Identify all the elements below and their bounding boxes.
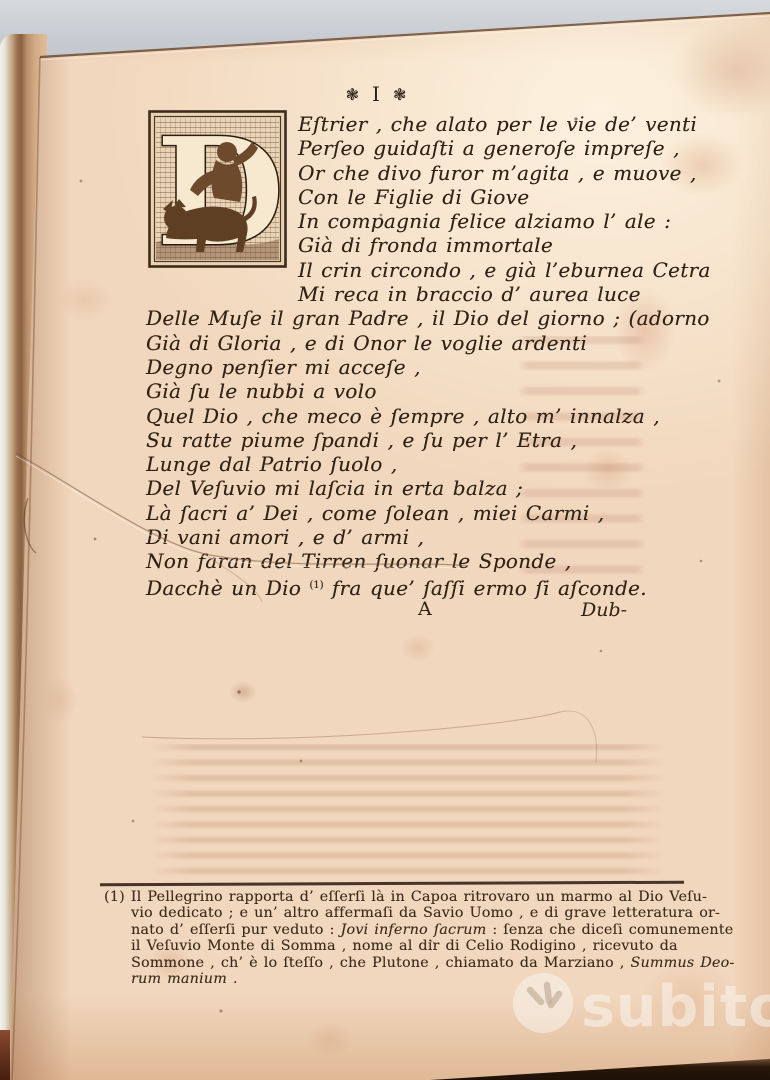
- fleuron-right-icon: ❃: [393, 85, 406, 104]
- poem-line: Di vani amori , e d’ armi ,: [146, 525, 706, 549]
- footnote-text: il Veſuvio Monte di Somma , nome al dir …: [131, 938, 678, 954]
- poem-line: Già ſu le nubbi a volo: [146, 379, 706, 403]
- poem-line: Delle Muſe il gran Padre , il Dio del gi…: [146, 306, 706, 330]
- footnote-text: nato d’ eſſerſi pur veduto :: [131, 922, 341, 938]
- footnote-line: il Veſuvio Monte di Somma , nome al dir …: [104, 938, 686, 954]
- subito-watermark: subito: [503, 956, 770, 1054]
- poem-line-last: Dacchè un Dio (1) fra que’ ſaſſi ermo ſi…: [146, 574, 706, 598]
- poem-line: Perſeo guidaſti a generoſe impreſe ,: [146, 136, 706, 160]
- poem-line: Mi reca in braccio d’ aurea luce: [146, 282, 706, 306]
- poem-line: Eſtrier , che alato per le vie de’ venti: [146, 112, 706, 136]
- subito-logo-icon: [513, 973, 573, 1033]
- poem-line: Lunge dal Patrio ſuolo ,: [146, 452, 706, 476]
- footnote-text: (1) Il Pellegrino rapporta d’ eſſerſi là…: [104, 889, 707, 905]
- poem-line: Già di Gloria , e di Onor le voglie arde…: [146, 331, 706, 355]
- page-content: ❃I❃ D: [0, 0, 770, 1080]
- fleuron-left-icon: ❃: [346, 85, 359, 104]
- footnote-latin: Jovi inferno ſacrum: [341, 922, 487, 938]
- poem-line: Non faran del Tirren ſuonar le Sponde ,: [146, 549, 706, 573]
- poem-line: Il crin circondo , e già l’eburnea Cetra: [146, 258, 706, 282]
- catchword: Dub-: [581, 599, 627, 621]
- signature-mark: A: [418, 598, 432, 620]
- poem-line: Con le Figlie di Giove: [146, 185, 706, 209]
- subito-watermark-graphic: subito: [503, 956, 770, 1054]
- poem-text: Eſtrier , che alato per le vie de’ venti…: [146, 112, 706, 598]
- photo-of-antique-book-page: ❃I❃ D: [0, 0, 770, 1080]
- page-number-numeral: I: [372, 82, 380, 106]
- poem-line: Su ratte piume ſpandi , e ſu per l’ Etra…: [146, 428, 706, 452]
- footnote-latin: rum manium .: [131, 971, 238, 987]
- subito-watermark-text: subito: [581, 974, 770, 1040]
- footnote-line: (1) Il Pellegrino rapporta d’ eſſerſi là…: [104, 889, 686, 905]
- poem-line: Degno penſier mi acceſe ,: [146, 355, 706, 379]
- footnote-text: : ſenza che diceſi comunemente: [486, 922, 733, 938]
- footnote-line: vio dedicato ; e un’ altro affermaſi da …: [104, 905, 686, 921]
- poem-line: Già di fronda immortale: [146, 233, 706, 257]
- footnote-reference: (1): [309, 580, 323, 591]
- footnote-text: vio dedicato ; e un’ altro affermaſi da …: [131, 905, 720, 921]
- poem-line-last-pre: Dacchè un Dio: [146, 576, 309, 600]
- poem-line: Quel Dio , che meco è ſempre , alto m’ i…: [146, 404, 706, 428]
- page-number: ❃I❃: [146, 82, 606, 106]
- gutter-bottom-shadow: [0, 1030, 10, 1080]
- poem-line-last-post: fra que’ ſaſſi ermo ſi aſconde.: [324, 576, 647, 600]
- footnote-line: nato d’ eſſerſi pur veduto : Jovi infern…: [104, 922, 686, 938]
- poem-line: In compagnia felice alziamo l’ ale :: [146, 209, 706, 233]
- poem-line: Or che divo furor m’agita , e muove ,: [146, 161, 706, 185]
- poem-line: Là ſacri a’ Dei , come ſolean , miei Car…: [146, 501, 706, 525]
- poem-line: Del Veſuvio mi laſcia in erta balza ;: [146, 476, 706, 500]
- footnote-rule: [100, 881, 684, 887]
